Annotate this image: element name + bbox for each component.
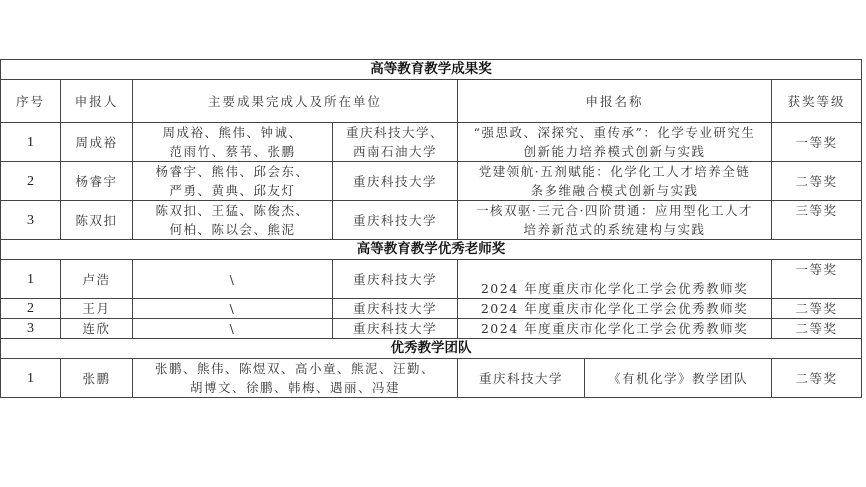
row-index: 1	[1, 359, 61, 398]
row-level: 二等奖	[772, 162, 862, 201]
row-applicant: 陈双扣	[61, 201, 133, 240]
project-line: 创新能力培养模式创新与实践	[460, 142, 769, 161]
section-title-row: 高等教育教学成果奖	[1, 60, 862, 80]
header-row: 序号 申报人 主要成果完成人及所在单位 申报名称 获奖等级	[1, 80, 862, 123]
members-line: 张鹏、熊伟、陈煜双、高小童、熊泥、汪勤、	[135, 359, 455, 378]
row-level: 二等奖	[772, 359, 862, 398]
awards-table: 高等教育教学成果奖 序号 申报人 主要成果完成人及所在单位 申报名称 获奖等级 …	[0, 59, 862, 398]
row-project: 2024 年度重庆市化学化工学会优秀教师奖	[458, 319, 772, 339]
header-level: 获奖等级	[772, 80, 862, 123]
members-line: 范雨竹、蔡苇、张鹏	[135, 142, 330, 161]
section-title-excellent-teacher: 高等教育教学优秀老师奖	[1, 240, 862, 260]
section-title-teaching-achievement: 高等教育教学成果奖	[1, 60, 862, 80]
row-index: 2	[1, 299, 61, 319]
project-line: 条多维融合模式创新与实践	[460, 181, 769, 200]
header-project: 申报名称	[458, 80, 772, 123]
members-line: 何柏、陈以会、熊泥	[135, 220, 330, 239]
header-index: 序号	[1, 80, 61, 123]
row-members: \	[133, 319, 333, 339]
row-members: 张鹏、熊伟、陈煜双、高小童、熊泥、汪勤、 胡博文、徐鹏、韩梅、遇丽、冯建	[133, 359, 458, 398]
row-index: 1	[1, 123, 61, 162]
table-row: 1 周成裕 周成裕、熊伟、钟诚、 范雨竹、蔡苇、张鹏 重庆科技大学、 西南石油大…	[1, 123, 862, 162]
row-project: 一核双驱·三元合·四阶贯通：应用型化工人才 培养新范式的系统建构与实践	[458, 201, 772, 240]
row-unit: 重庆科技大学	[333, 201, 458, 240]
row-project: 党建领航·五剂赋能：化学化工人才培养全链 条多维融合模式创新与实践	[458, 162, 772, 201]
row-unit: 重庆科技大学	[458, 359, 585, 398]
members-line: 陈双扣、王猛、陈俊杰、	[135, 201, 330, 220]
row-unit: 重庆科技大学	[333, 299, 458, 319]
row-applicant: 卢浩	[61, 260, 133, 299]
header-applicant: 申报人	[61, 80, 133, 123]
row-applicant: 周成裕	[61, 123, 133, 162]
members-line: 杨睿宇、熊伟、邱会东、	[135, 162, 330, 181]
project-line: 一核双驱·三元合·四阶贯通：应用型化工人才	[460, 201, 769, 220]
members-line: 胡博文、徐鹏、韩梅、遇丽、冯建	[135, 378, 455, 397]
unit-line: 西南石油大学	[335, 142, 455, 161]
row-unit: 重庆科技大学	[333, 162, 458, 201]
row-level: 二等奖	[772, 299, 862, 319]
row-project: “强思政、深探究、重传承”：化学专业研究生 创新能力培养模式创新与实践	[458, 123, 772, 162]
row-level: 一等奖	[772, 260, 862, 299]
row-applicant: 王月	[61, 299, 133, 319]
members-line: 严勇、黄典、邱友灯	[135, 181, 330, 200]
row-level: 二等奖	[772, 319, 862, 339]
row-level: 一等奖	[772, 123, 862, 162]
section-title-teaching-team: 优秀教学团队	[1, 339, 862, 359]
row-applicant: 张鹏	[61, 359, 133, 398]
project-line: 培养新范式的系统建构与实践	[460, 220, 769, 239]
row-level: 三等奖	[772, 201, 862, 240]
row-members: \	[133, 299, 333, 319]
unit-line: 重庆科技大学、	[335, 123, 455, 142]
row-index: 2	[1, 162, 61, 201]
row-unit: 重庆科技大学	[333, 319, 458, 339]
row-index: 1	[1, 260, 61, 299]
section-title-row: 高等教育教学优秀老师奖	[1, 240, 862, 260]
header-contributors: 主要成果完成人及所在单位	[133, 80, 458, 123]
table-row: 2 杨睿宇 杨睿宇、熊伟、邱会东、 严勇、黄典、邱友灯 重庆科技大学 党建领航·…	[1, 162, 862, 201]
row-project: 《有机化学》教学团队	[585, 359, 772, 398]
project-line: “强思政、深探究、重传承”：化学专业研究生	[460, 123, 769, 142]
row-unit: 重庆科技大学	[333, 260, 458, 299]
row-index: 3	[1, 319, 61, 339]
section-title-row: 优秀教学团队	[1, 339, 862, 359]
table-row: 1 卢浩 \ 重庆科技大学 2024 年度重庆市化学化工学会优秀教师奖 一等奖	[1, 260, 862, 299]
row-index: 3	[1, 201, 61, 240]
row-members: 周成裕、熊伟、钟诚、 范雨竹、蔡苇、张鹏	[133, 123, 333, 162]
table-row: 1 张鹏 张鹏、熊伟、陈煜双、高小童、熊泥、汪勤、 胡博文、徐鹏、韩梅、遇丽、冯…	[1, 359, 862, 398]
row-applicant: 连欣	[61, 319, 133, 339]
table-row: 3 连欣 \ 重庆科技大学 2024 年度重庆市化学化工学会优秀教师奖 二等奖	[1, 319, 862, 339]
project-line: 党建领航·五剂赋能：化学化工人才培养全链	[460, 162, 769, 181]
row-unit: 重庆科技大学、 西南石油大学	[333, 123, 458, 162]
table-row: 3 陈双扣 陈双扣、王猛、陈俊杰、 何柏、陈以会、熊泥 重庆科技大学 一核双驱·…	[1, 201, 862, 240]
row-members: 陈双扣、王猛、陈俊杰、 何柏、陈以会、熊泥	[133, 201, 333, 240]
row-project: 2024 年度重庆市化学化工学会优秀教师奖	[458, 260, 772, 299]
row-project: 2024 年度重庆市化学化工学会优秀教师奖	[458, 299, 772, 319]
row-applicant: 杨睿宇	[61, 162, 133, 201]
row-members: \	[133, 260, 333, 299]
table-row: 2 王月 \ 重庆科技大学 2024 年度重庆市化学化工学会优秀教师奖 二等奖	[1, 299, 862, 319]
row-members: 杨睿宇、熊伟、邱会东、 严勇、黄典、邱友灯	[133, 162, 333, 201]
members-line: 周成裕、熊伟、钟诚、	[135, 123, 330, 142]
